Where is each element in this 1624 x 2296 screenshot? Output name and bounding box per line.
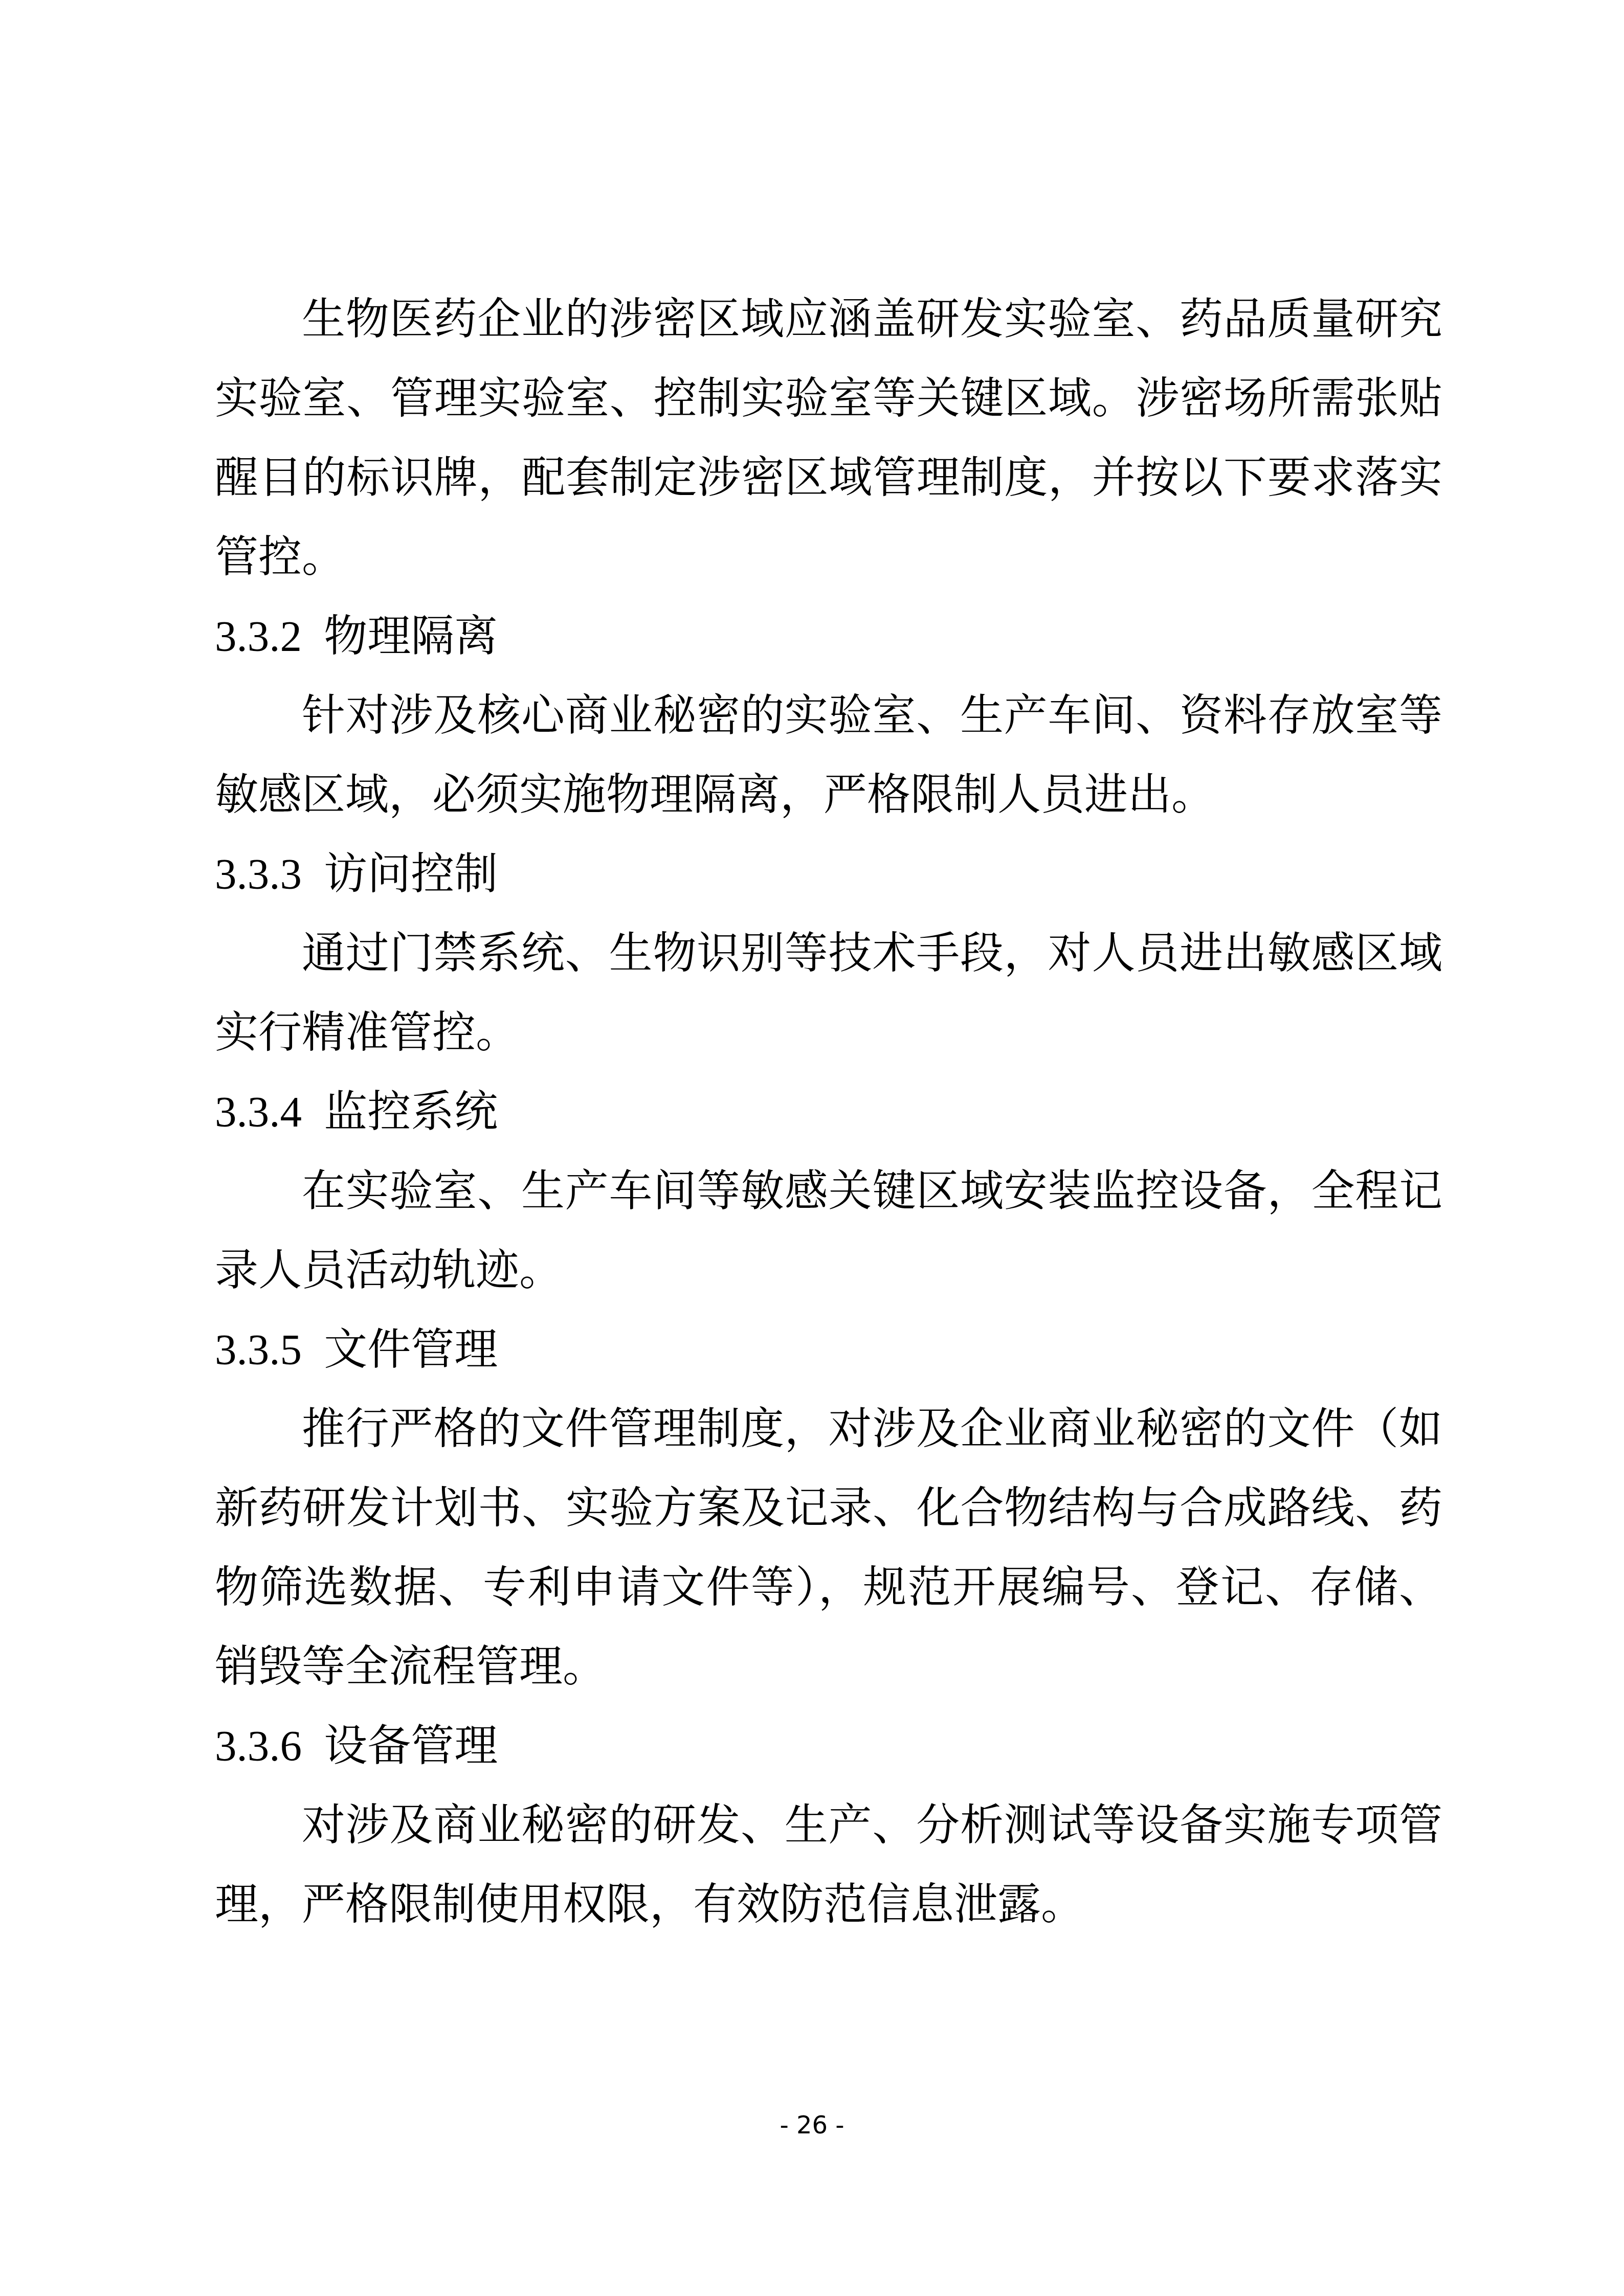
document-page: 生物医药企业的涉密区域应涵盖研发实验室、药品质量研究实验室、管理实验室、控制实验…	[0, 0, 1624, 2296]
paragraph-secret-areas: 生物医药企业的涉密区域应涵盖研发实验室、药品质量研究实验室、管理实验室、控制实验…	[215, 280, 1442, 597]
paragraph-physical-isolation: 针对涉及核心商业秘密的实验室、生产车间、资料存放室等敏感区域，必须实施物理隔离，…	[215, 677, 1442, 835]
section-heading-3-3-2: 3.3.2 物理隔离	[215, 597, 1442, 677]
section-heading-3-3-5: 3.3.5 文件管理	[215, 1311, 1442, 1390]
document-content: 生物医药企业的涉密区域应涵盖研发实验室、药品质量研究实验室、管理实验室、控制实验…	[215, 280, 1442, 1945]
section-heading-3-3-6: 3.3.6 设备管理	[215, 1707, 1442, 1786]
paragraph-document-management: 推行严格的文件管理制度，对涉及企业商业秘密的文件（如新药研发计划书、实验方案及记…	[215, 1390, 1442, 1707]
page-number: - 26 -	[0, 2111, 1624, 2140]
paragraph-monitoring-system: 在实验室、生产车间等敏感关键区域安装监控设备，全程记录人员活动轨迹。	[215, 1152, 1442, 1311]
paragraph-equipment-management: 对涉及商业秘密的研发、生产、分析测试等设备实施专项管理，严格限制使用权限，有效防…	[215, 1786, 1442, 1945]
section-heading-3-3-4: 3.3.4 监控系统	[215, 1073, 1442, 1152]
section-heading-3-3-3: 3.3.3 访问控制	[215, 835, 1442, 914]
paragraph-access-control: 通过门禁系统、生物识别等技术手段，对人员进出敏感区域实行精准管控。	[215, 914, 1442, 1073]
